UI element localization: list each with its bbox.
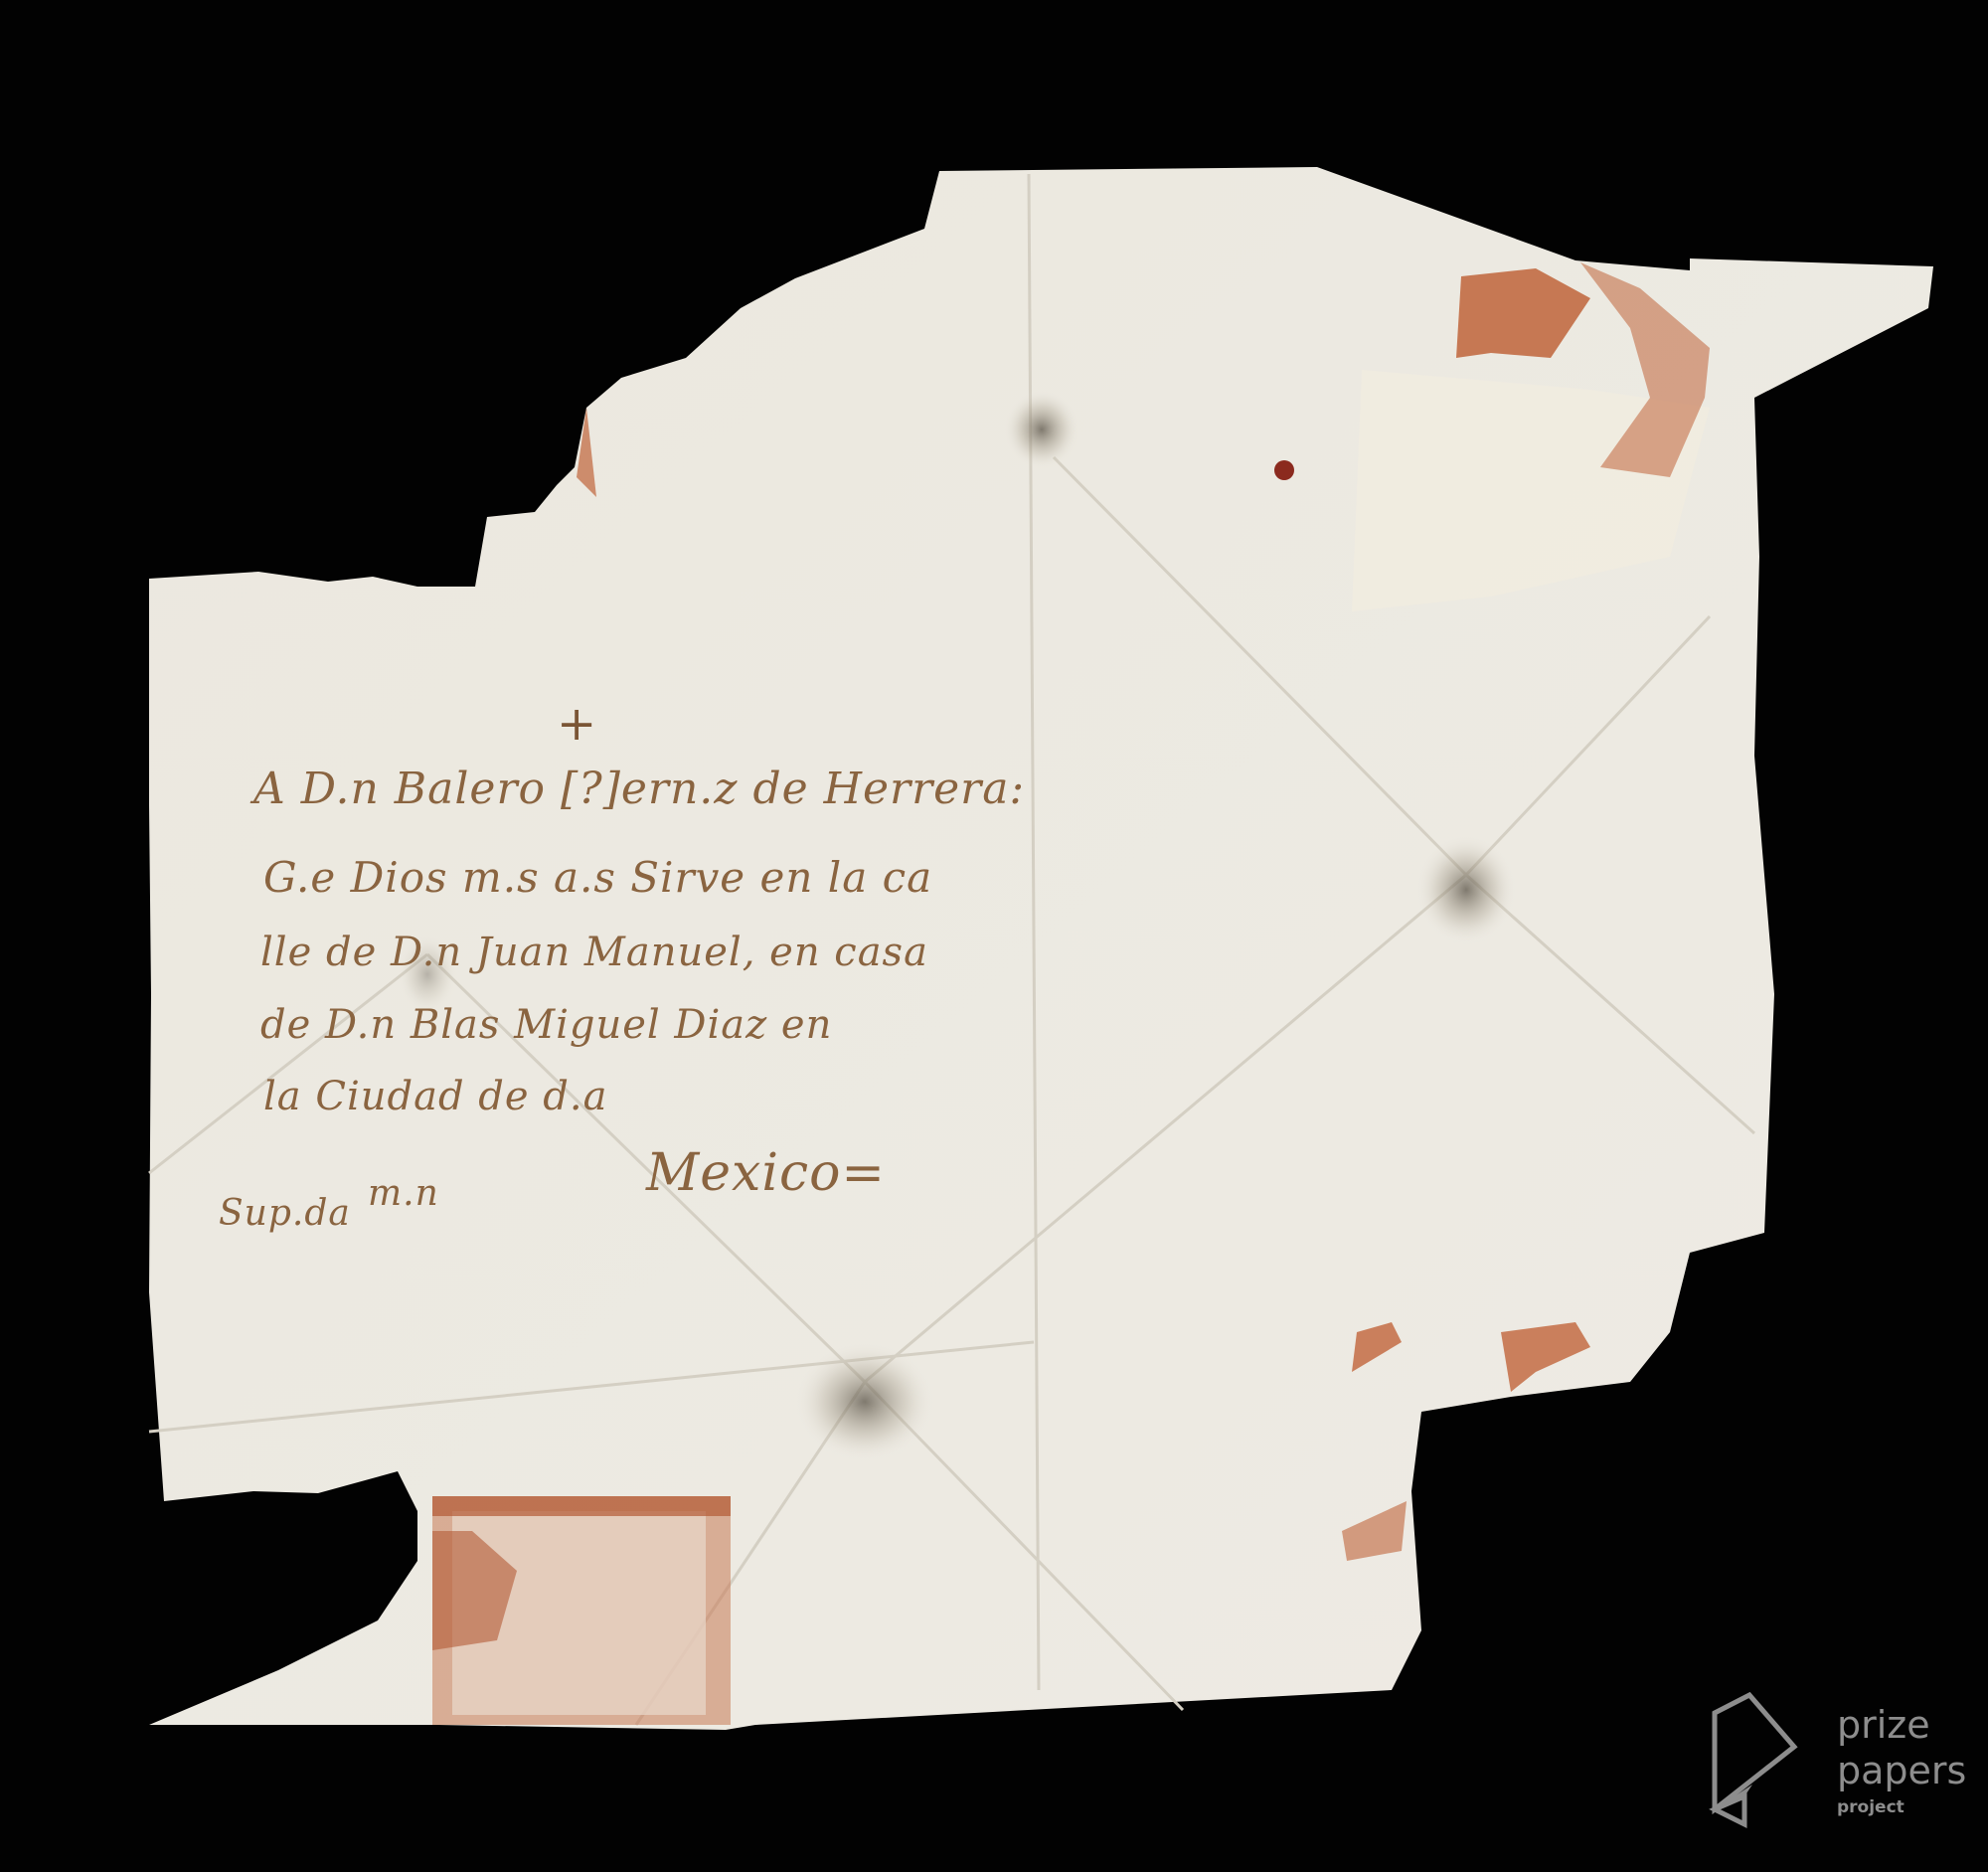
stain-mark (795, 1342, 934, 1461)
address-footer-left: Sup.da (219, 1193, 351, 1234)
address-line-5: la Ciudad de d.a (263, 1074, 607, 1119)
ink-dot (1274, 460, 1294, 480)
folded-paper-logo-icon (1705, 1685, 1834, 1834)
address-footer-mid: m.n (368, 1173, 439, 1214)
logo-text-prize: prize (1837, 1703, 1930, 1747)
stain-mark (1004, 390, 1079, 469)
prize-papers-logo: prize papers project (1705, 1685, 1963, 1834)
address-line-1: A D.n Balero [?]ern.z de Herrera: (253, 764, 1025, 814)
stain-mark (1416, 835, 1516, 944)
address-line-2: G.e Dios m.s a.s Sirve en la ca (263, 853, 932, 902)
logo-text-project: project (1837, 1797, 1905, 1817)
address-line-4: de D.n Blas Miguel Diaz en (260, 1002, 832, 1048)
logo-text-papers: papers (1837, 1749, 1966, 1792)
photo-background: + A D.n Balero [?]ern.z de Herrera: G.e … (0, 0, 1988, 1872)
address-line-3: lle de D.n Juan Manuel, en casa (260, 930, 928, 975)
superscription-cross: + (557, 696, 596, 752)
destination-city: Mexico= (646, 1143, 886, 1203)
